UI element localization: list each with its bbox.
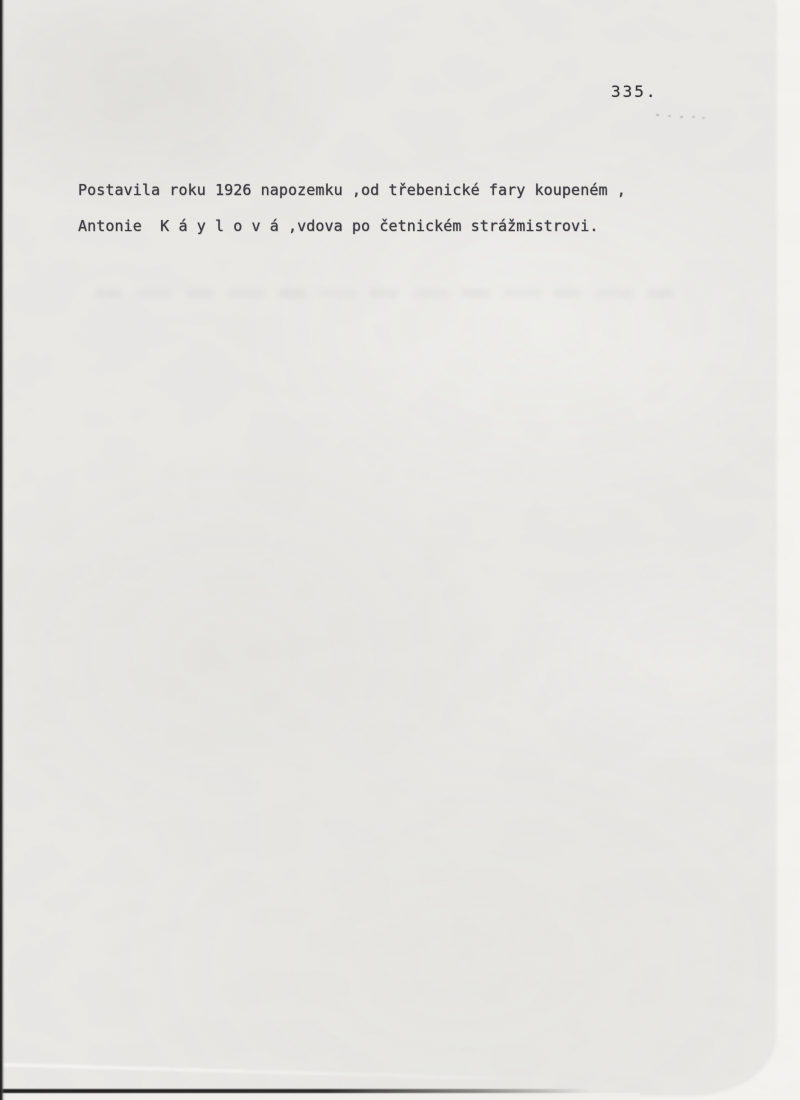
scan-artifact-dots xyxy=(656,114,659,116)
page-number: 335. xyxy=(611,82,658,101)
document-line: Postavila roku 1926 napozemku ,od třeben… xyxy=(78,172,626,208)
paper-mottling xyxy=(0,0,774,1095)
bleed-through-ghost-text xyxy=(95,289,685,298)
paper-edge-sliver xyxy=(0,1093,640,1100)
scan-edge-bottom xyxy=(0,1089,592,1093)
typewritten-text-block: Postavila roku 1926 napozemku ,od třeben… xyxy=(78,172,626,244)
document-line: Antonie K á y l o v á ,vdova po četnické… xyxy=(78,208,626,244)
scan-edge-left xyxy=(0,0,5,1100)
scanned-document-page: 335. Postavila roku 1926 napozemku ,od t… xyxy=(0,0,800,1100)
